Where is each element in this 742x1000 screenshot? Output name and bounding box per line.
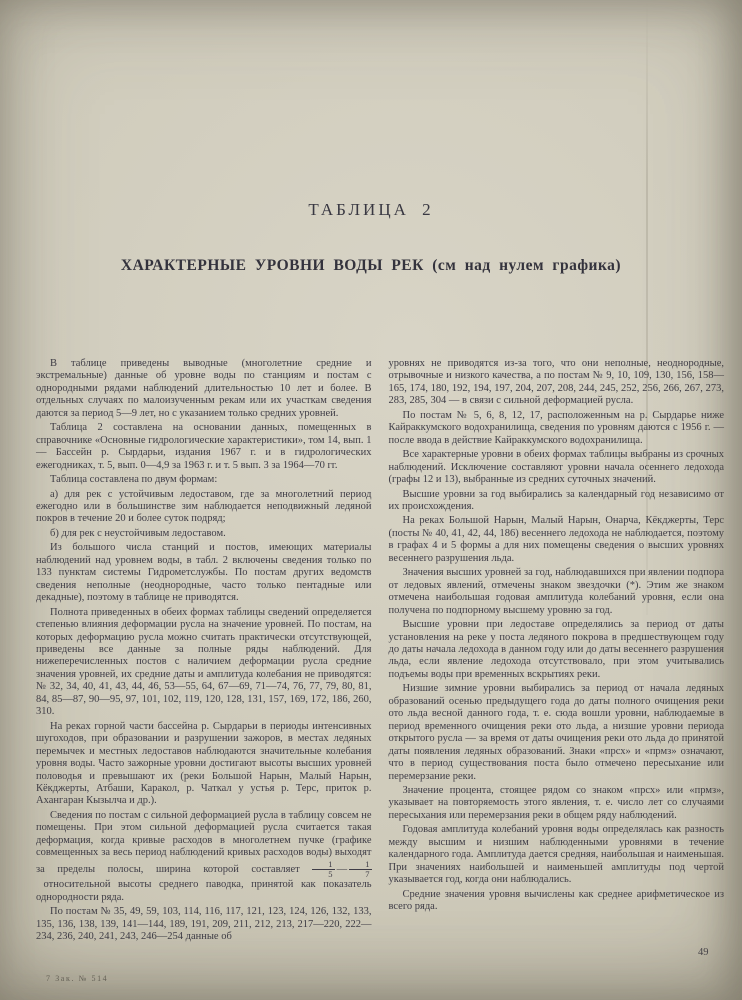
paragraph: Низшие зимние уровни выбирались за перио… (389, 683, 725, 783)
paragraph: Средние значения уровня вычислены как ср… (389, 889, 725, 914)
paragraph: На реках Большой Нарын, Малый Нарын, Она… (389, 515, 725, 565)
paragraph: По постам № 35, 49, 59, 103, 114, 116, 1… (36, 906, 372, 943)
table-label: ТАБЛИЦА 2 (0, 200, 742, 220)
page-title: ХАРАКТЕРНЫЕ УРОВНИ ВОДЫ РЕК (см над нуле… (28, 257, 714, 275)
print-run-note: 7 Зак. № 514 (46, 974, 108, 983)
paragraph: Таблица 2 составлена на основании данных… (36, 422, 372, 472)
left-column: В таблице приведены выводные (многолетни… (36, 358, 372, 946)
right-column: уровнях не приводятся из-за того, что он… (389, 358, 725, 946)
paragraph: а) для рек с устойчивым ледоставом, где … (36, 489, 372, 526)
paragraph: Значения высших уровней за год, наблюдав… (389, 567, 725, 617)
paragraph: Сведения по постам с сильной деформацией… (36, 810, 372, 904)
page-number: 49 (698, 947, 709, 958)
paragraph: В таблице приведены выводные (многолетни… (36, 358, 372, 420)
paragraph: Из большого числа станций и постов, имею… (36, 542, 372, 604)
paragraph: б) для рек с неустойчивым ледоставом. (36, 528, 372, 540)
paragraph: Таблица составлена по двум формам: (36, 474, 372, 486)
paragraph: На реках горной части бассейна р. Сырдар… (36, 721, 372, 808)
fraction: 15 (312, 860, 334, 880)
paragraph: Годовая амплитуда колебаний уровня воды … (389, 824, 725, 886)
paragraph: Высшие уровни при ледоставе определялись… (389, 619, 725, 681)
fraction: 17 (349, 860, 371, 880)
book-page: ТАБЛИЦА 2 ХАРАКТЕРНЫЕ УРОВНИ ВОДЫ РЕК (с… (0, 0, 742, 1000)
paragraph: Высшие уровни за год выбирались за кален… (389, 489, 725, 514)
paragraph: уровнях не приводятся из-за того, что он… (389, 358, 725, 408)
paragraph: Полнота приведенных в обеих формах табли… (36, 607, 372, 719)
paragraph: По постам № 5, 6, 8, 12, 17, расположенн… (389, 410, 725, 447)
text-columns: В таблице приведены выводные (многолетни… (36, 358, 724, 946)
paragraph: Значение процента, стоящее рядом со знак… (389, 785, 725, 822)
paragraph: Все характерные уровни в обеих формах та… (389, 449, 725, 486)
